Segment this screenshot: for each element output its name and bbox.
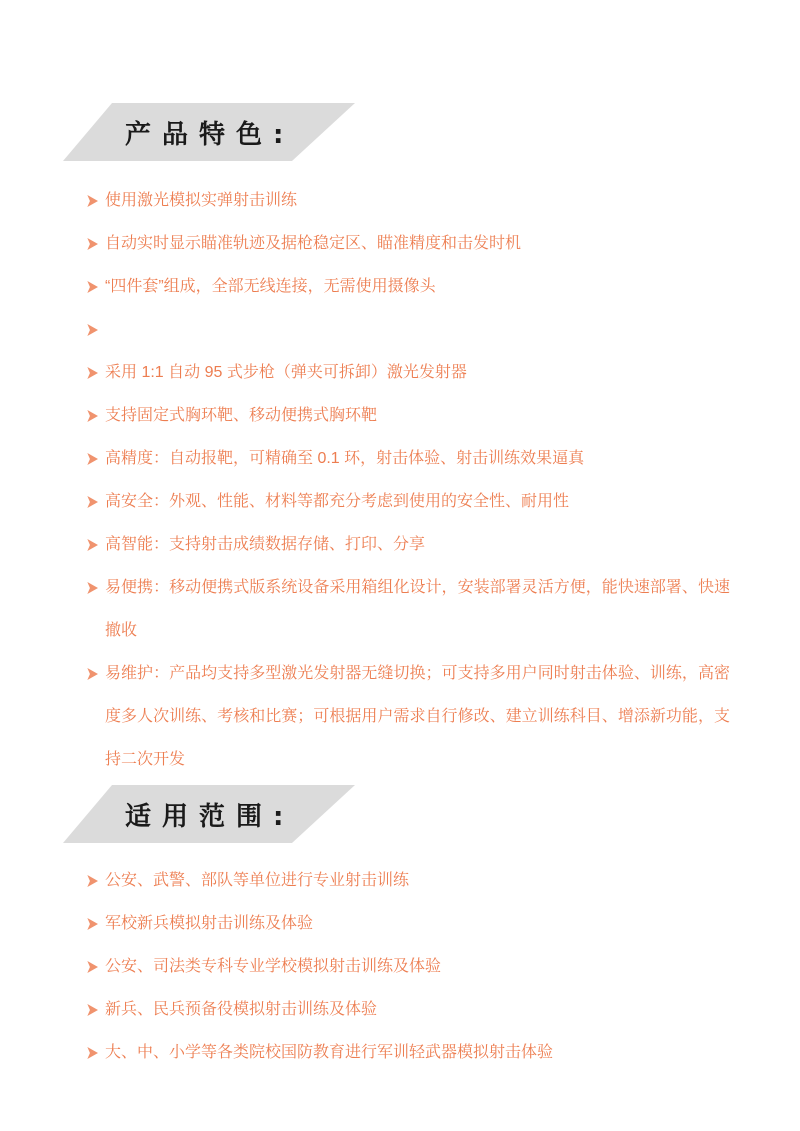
- arrow-bullet-icon: [85, 367, 98, 379]
- list-item: “四件套”组成，全部无线连接，无需使用摄像头: [0, 265, 800, 308]
- bullet-list: 使用激光模拟实弹射击训练 自动实时显示瞄准轨迹及据枪稳定区、瞄准精度和击发时机 …: [0, 179, 800, 781]
- arrow-bullet-icon: [85, 281, 98, 293]
- arrow-bullet-icon: [85, 1004, 98, 1016]
- arrow-bullet-icon: [85, 668, 98, 680]
- list-item-text: 高精度：自动报靶，可精确至 0.1 环，射击体验、射击训练效果逼真: [105, 450, 584, 467]
- list-item: 使用激光模拟实弹射击训练: [0, 179, 800, 222]
- arrow-bullet-icon: [85, 324, 98, 336]
- list-item: 支持固定式胸环靶、移动便携式胸环靶: [0, 394, 800, 437]
- list-item: 军校新兵模拟射击训练及体验: [0, 902, 800, 945]
- list-item-text: 大、中、小学等各类院校国防教育进行军训轻武器模拟射击体验: [105, 1044, 553, 1061]
- list-item-text: 支持固定式胸环靶、移动便携式胸环靶: [105, 407, 377, 424]
- arrow-bullet-icon: [85, 918, 98, 930]
- arrow-bullet-icon: [85, 1047, 98, 1059]
- arrow-bullet-icon: [85, 582, 98, 594]
- list-item: 高智能：支持射击成绩数据存储、打印、分享: [0, 523, 800, 566]
- list-item-text: 公安、武警、部队等单位进行专业射击训练: [105, 872, 409, 889]
- arrow-bullet-icon: [85, 496, 98, 508]
- arrow-bullet-icon: [85, 238, 98, 250]
- list-item-text: 高智能：支持射击成绩数据存储、打印、分享: [105, 536, 425, 553]
- list-item: 公安、武警、部队等单位进行专业射击训练: [0, 859, 800, 902]
- list-item-text: “四件套”组成，全部无线连接，无需使用摄像头: [105, 278, 436, 295]
- section-banner: 产品特色:: [63, 103, 355, 161]
- list-item: 新兵、民兵预备役模拟射击训练及体验: [0, 988, 800, 1031]
- list-item: 采用 1:1 自动 95 式步枪（弹夹可拆卸）激光发射器: [0, 351, 800, 394]
- list-item-text: 易便携：移动便携式版系统设备采用箱组化设计，安装部署灵活方便，能快速部署、快速撤…: [105, 579, 730, 639]
- section-banner: 适用范围:: [63, 785, 355, 843]
- bullet-list: 公安、武警、部队等单位进行专业射击训练 军校新兵模拟射击训练及体验 公安、司法类…: [0, 859, 800, 1074]
- list-item: 高精度：自动报靶，可精确至 0.1 环，射击体验、射击训练效果逼真: [0, 437, 800, 480]
- list-item: [0, 308, 800, 351]
- list-item-text: 高安全：外观、性能、材料等都充分考虑到使用的安全性、耐用性: [105, 493, 569, 510]
- list-item: 易维护：产品均支持多型激光发射器无缝切换；可支持多用户同时射击体验、训练，高密度…: [0, 652, 800, 781]
- document-section: 产品特色: 使用激光模拟实弹射击训练 自动实时显示瞄准轨迹及据枪稳定区、瞄准精度…: [0, 103, 800, 781]
- list-item: 公安、司法类专科专业学校模拟射击训练及体验: [0, 945, 800, 988]
- section-title: 适用范围:: [125, 796, 294, 833]
- list-item-text: 公安、司法类专科专业学校模拟射击训练及体验: [105, 958, 441, 975]
- arrow-bullet-icon: [85, 453, 98, 465]
- arrow-bullet-icon: [85, 410, 98, 422]
- list-item-text: 使用激光模拟实弹射击训练: [105, 192, 297, 209]
- arrow-bullet-icon: [85, 875, 98, 887]
- list-item-text: 采用 1:1 自动 95 式步枪（弹夹可拆卸）激光发射器: [105, 364, 467, 381]
- list-item-text: 易维护：产品均支持多型激光发射器无缝切换；可支持多用户同时射击体验、训练，高密度…: [105, 665, 730, 768]
- document-section: 适用范围: 公安、武警、部队等单位进行专业射击训练 军校新兵模拟射击训练及体验 …: [0, 785, 800, 1074]
- list-item: 大、中、小学等各类院校国防教育进行军训轻武器模拟射击体验: [0, 1031, 800, 1074]
- section-title: 产品特色:: [125, 114, 294, 151]
- list-item: 易便携：移动便携式版系统设备采用箱组化设计，安装部署灵活方便，能快速部署、快速撤…: [0, 566, 800, 652]
- list-item: 自动实时显示瞄准轨迹及据枪稳定区、瞄准精度和击发时机: [0, 222, 800, 265]
- arrow-bullet-icon: [85, 195, 98, 207]
- list-item-text: 新兵、民兵预备役模拟射击训练及体验: [105, 1001, 377, 1018]
- document-page: 产品特色: 使用激光模拟实弹射击训练 自动实时显示瞄准轨迹及据枪稳定区、瞄准精度…: [0, 0, 800, 1131]
- arrow-bullet-icon: [85, 961, 98, 973]
- list-item-text: 军校新兵模拟射击训练及体验: [105, 915, 313, 932]
- arrow-bullet-icon: [85, 539, 98, 551]
- document-body: 产品特色: 使用激光模拟实弹射击训练 自动实时显示瞄准轨迹及据枪稳定区、瞄准精度…: [0, 103, 800, 1074]
- list-item: 高安全：外观、性能、材料等都充分考虑到使用的安全性、耐用性: [0, 480, 800, 523]
- list-item-text: 自动实时显示瞄准轨迹及据枪稳定区、瞄准精度和击发时机: [105, 235, 521, 252]
